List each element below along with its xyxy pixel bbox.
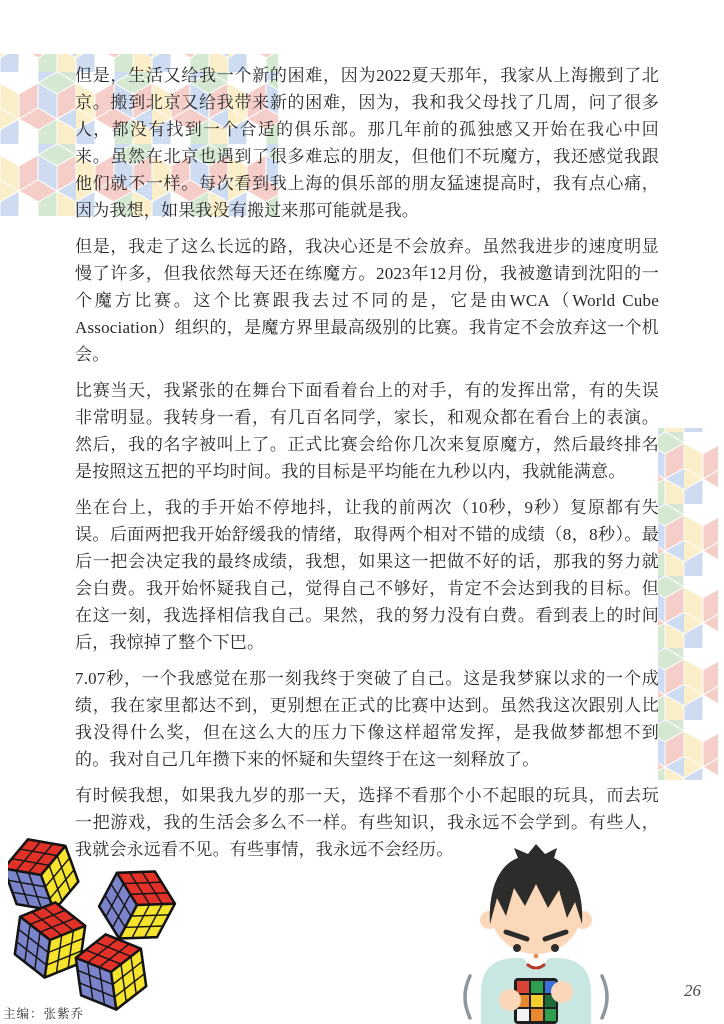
paragraph: 7.07秒，一个我感觉在那一刻我终于突破了自己。这是我梦寐以求的一个成绩，我在家… — [75, 665, 659, 773]
paragraph: 坐在台上，我的手开始不停地抖，让我的前两次（10秒，9秒）复原都有失误。后面两把… — [75, 494, 659, 656]
paragraph: 但是，我走了这么长远的路，我决心还是不会放弃。虽然我进步的速度明显慢了许多，但我… — [75, 233, 659, 368]
pattern-strip-right — [658, 428, 718, 780]
boy-solving-cube-illustration — [450, 840, 622, 1024]
footer-editor-credit: 主编：张紫乔 — [3, 1004, 84, 1022]
page-number: 26 — [684, 981, 701, 1001]
article-text: 但是，生活又给我一个新的困难，因为2022夏天那年，我家从上海搬到了北京。搬到北… — [75, 62, 659, 872]
paragraph: 比赛当天，我紧张的在舞台下面看着台上的对手，有的发挥出常，有的失误非常明显。我转… — [75, 377, 659, 485]
rubiks-cube-chain-illustration — [8, 838, 243, 1024]
paragraph: 但是，生活又给我一个新的困难，因为2022夏天那年，我家从上海搬到了北京。搬到北… — [75, 62, 659, 224]
